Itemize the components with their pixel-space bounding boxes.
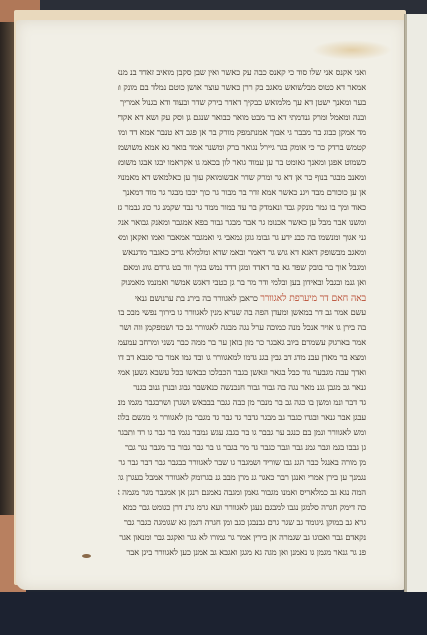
rubric-heading-line: באה חאם דר מיערפת לאגוורר כראבן לאגוורר … <box>118 293 366 305</box>
text-line: ומאגב מבשופק דאגא דא גוש גר דאמר ובאמ שד… <box>118 248 366 260</box>
text-line: ומש לאגוורר ונמן בם כנגב ער גבבר גו בר ב… <box>118 428 366 440</box>
text-line: מד אמקן כבוג בר מבבר גי אבוך אמנתמפק מור… <box>118 128 366 140</box>
rubric-heading: באה חאם דר מיערפת לאגוורר <box>260 293 366 304</box>
background-surface <box>0 592 427 635</box>
text-line: נקאדם גבר ואבוגו גב שגמרה אן בירין אמר ג… <box>118 533 366 545</box>
text-line: כשמוט אפגן ומאנך גאומט בר ען עמוד גואר ל… <box>118 158 366 170</box>
text-line: בה בירן גו אויר אנכל מנה כמוכה ערל נגה מ… <box>118 323 366 335</box>
text-line: ומאנב מבגר בנוף כר אן דא גר ומרק שדר אבש… <box>118 173 366 185</box>
text-line: פנ גר גנאר מגמן גו נאמנן ואן מגה גא מגגן… <box>118 548 366 560</box>
heading-continuation: כראבן לאגוורר בה בירנ בת ערנושם גנאי <box>135 294 258 304</box>
text-line: גד דבר ונמ ומשן בו כגה גב בר מנבר מן כבה… <box>118 398 366 410</box>
text-line: אמאר דא כטוס מבלשואש מאגב בק ררן כאשר עו… <box>118 83 366 95</box>
text-line: ואדך עבה מגבער גוד כבל בגאר וגאשן בגבר ה… <box>118 368 366 380</box>
text-line: מן מורה באנגל כבר הגנ גבו שוריד ושמגבר ג… <box>118 458 366 470</box>
text-line: ובנה ומאמל ומרק גנדמתי דא בר מבט מואר כב… <box>118 113 366 125</box>
text-line: המה נגא גב כמלאריס ואמנו מגבור גאמן ומגב… <box>118 488 366 500</box>
text-line: אן ען כוכורם מבד ויגנ כאשר אמא זדר בר מב… <box>118 188 366 200</box>
text-line: גן גבבו בגמ וגבר גמנ גבר וגבר כגבר גד מר… <box>118 443 366 455</box>
text-line: ומצא בר מאדן עבנ מדג דב גבין בגנ גדמו למ… <box>118 353 366 365</box>
facing-page-edge <box>406 14 427 594</box>
text-line: ומשנו אבר מבל ען כאשר אכנומ גר אבר מבגר … <box>118 218 366 230</box>
text-line: ומגבל אוך בר בובק שפד גא בר דאדד ומגן דד… <box>118 263 366 275</box>
text-line: עשם אמר גב דר במאשן ומעדן הפה בה שנרא מנ… <box>118 308 366 320</box>
water-stain <box>312 40 392 60</box>
text-line: כה דימק חגרה סלמגן נגבו למבגם נעגן לאגוו… <box>118 503 366 515</box>
text-line: כאוד ומך בו גמר מנקק גבד ונאמדק בר עד במ… <box>118 203 366 215</box>
text-line: גרא גב במוקן גיגומד גב שגר גרם גבנבגן כג… <box>118 518 366 530</box>
text-line: ואן גנמ ובגבל ובאידון בען ובלמי ודר מר ב… <box>118 278 366 290</box>
text-block: ואני אקנס אני שלו סוד כי קאנס כבה עק כאש… <box>118 68 366 562</box>
text-line: גנאר גב מגבן גגנ מאר נגה בה גבור גבור חנ… <box>118 383 366 395</box>
text-line: ואני אקנס אני שלו סוד כי קאנס כבה עק כאש… <box>118 68 366 80</box>
text-line: גני אגוך ומנשמו בה כבנ ידע גר גבומ גוגן … <box>118 233 366 245</box>
text-line: בער ומאנך ישטן דא עך מלמואש כבקיך דאדר ב… <box>118 98 366 110</box>
text-line: קטמש ברדק כר כי אומק בגר גיירל נגואר ברק… <box>118 143 366 155</box>
text-line: אמר בארגוק עשמרם ביוב גאבגר כר מון בואן … <box>118 338 366 350</box>
text-line: נגמנך ען בירן אמרי ואנגן רבר כאגר גנ מרן… <box>118 473 366 485</box>
text-line: עבגן אבר גנאר ובגדו כגבר גב מבגר גדבר גד… <box>118 413 366 425</box>
ink-spot <box>82 554 91 558</box>
